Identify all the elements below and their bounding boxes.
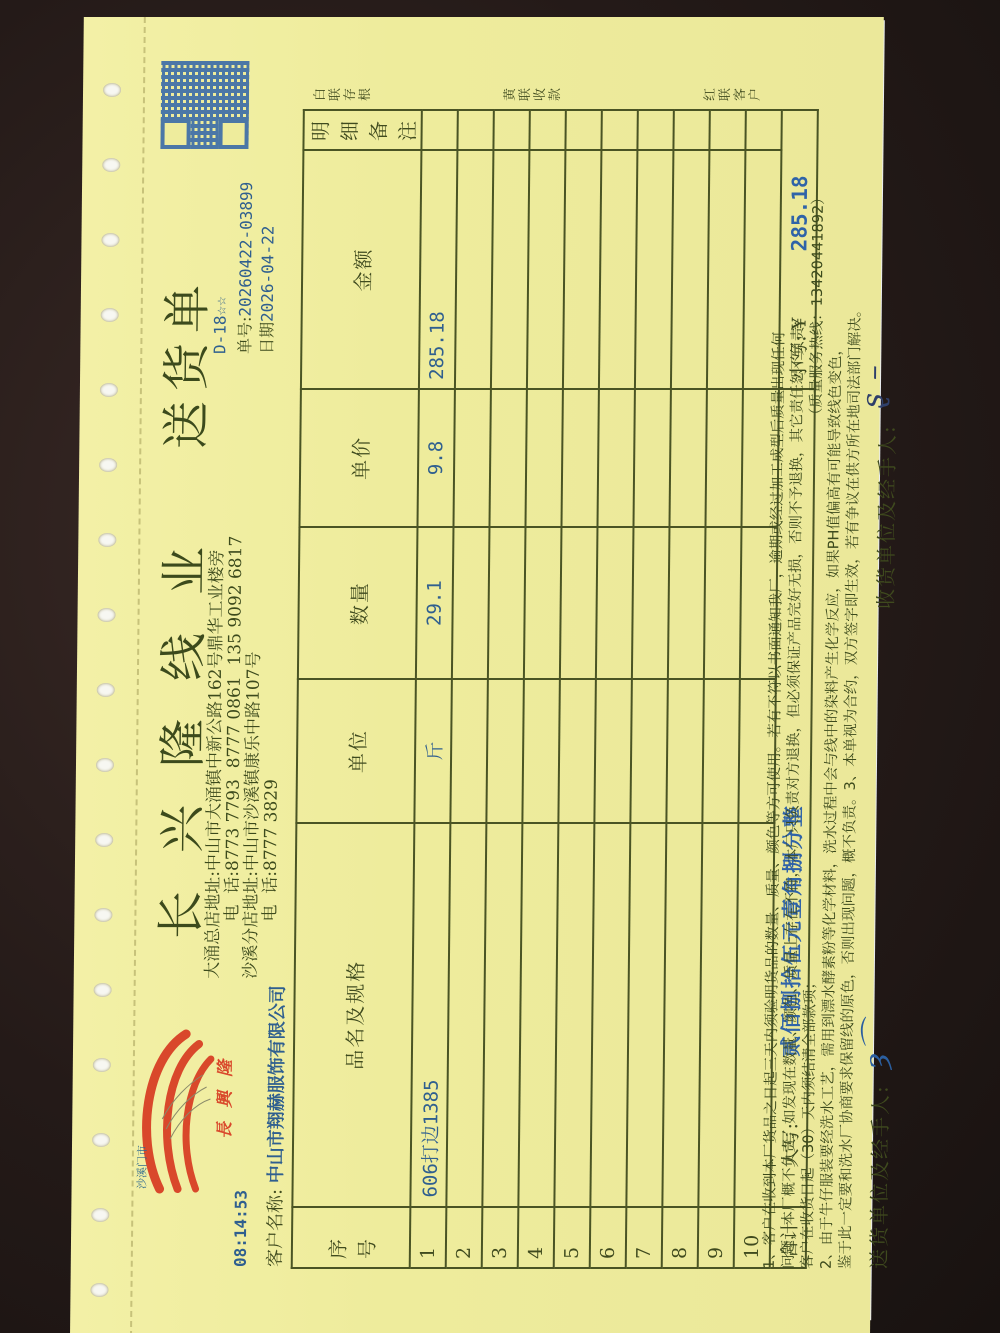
terms-block: 1、客户在收到本厂货品之日起三天内须验明货品的数量、质量、颜色等方可使用。若有不… (761, 49, 869, 1269)
feed-hole (91, 1208, 109, 1222)
items-table: 序号 品名及规格 单位 数量 单价 金额 明细备注 1 606打边1385 斤 … (291, 109, 819, 1269)
cell-qty (524, 527, 562, 679)
cell-amount (563, 150, 602, 389)
cell-amount (455, 150, 494, 389)
cell-amount: 285.18 (419, 150, 458, 389)
cell-qty (452, 527, 490, 679)
cell-note (529, 110, 565, 150)
col-header-note: 明细备注 (303, 110, 421, 150)
cell-name (662, 823, 702, 1206)
cell-qty (488, 527, 526, 679)
cell-name: 606打边1385 (410, 823, 450, 1206)
order-meta: D-18☆☆ 单号:20260422-03899 日期2026-04-22 (210, 182, 278, 354)
sender-signature: ȝ⌒ (851, 1019, 896, 1069)
hq-address-label: 大涌总店地址: (204, 871, 224, 989)
feed-hole (93, 1058, 111, 1072)
form-code: D-18☆☆ (210, 182, 234, 354)
date-line: 日期2026-04-22 (254, 182, 278, 354)
feed-hole (94, 983, 112, 997)
customer-name: 中山市翔赫服饰有限公司 (266, 985, 289, 1183)
feed-hole (101, 233, 119, 247)
cell-note (457, 110, 493, 150)
customer-label: 客户名称: (265, 1189, 287, 1267)
cell-unit (702, 679, 740, 823)
cell-unit (666, 679, 704, 823)
logo-wordmark: 長興隆 (210, 1046, 236, 1139)
cell-unit (558, 679, 596, 823)
cell-name (446, 823, 486, 1206)
cell-amount (707, 150, 746, 389)
cell-no: 2 (446, 1207, 483, 1268)
cell-note (493, 110, 529, 150)
branch-address-label: 沙溪分店地址: (242, 871, 262, 989)
cell-price (705, 389, 742, 527)
cell-name (554, 823, 594, 1206)
cell-no: 4 (518, 1207, 555, 1268)
feed-hole (97, 683, 115, 697)
copy-label-red: 红联客户 (703, 85, 763, 101)
cell-no: 6 (590, 1207, 627, 1268)
cell-price (633, 389, 670, 527)
cell-amount (671, 150, 710, 389)
cell-amount (527, 150, 566, 389)
cell-price (561, 389, 598, 527)
terms-payment: 客户在收货日起（30）天内须结清全部款项； (800, 975, 819, 1269)
cell-name (518, 823, 558, 1206)
col-header-price: 单价 (299, 389, 418, 527)
feed-hole (100, 383, 118, 397)
cell-note (637, 110, 673, 150)
cell-name (626, 823, 666, 1206)
branch-phone-label: 电 话: (261, 871, 281, 989)
cell-no: 3 (482, 1207, 519, 1268)
feed-hole (98, 533, 116, 547)
cell-no: 1 (410, 1207, 447, 1268)
branch-tag: 沙溪门市 (134, 1145, 150, 1189)
order-number-line: 单号:20260422-03899 (232, 182, 256, 354)
feed-hole (97, 608, 115, 622)
cell-price: 9.8 (417, 389, 454, 527)
copy-label-yellow: 黄联收款 (503, 85, 563, 101)
document-title: 送货单 (147, 275, 218, 449)
feed-hole (94, 908, 112, 922)
cell-qty (668, 527, 706, 679)
cell-unit (594, 679, 632, 823)
receiver-signature-label: 收货单位及经手人: (870, 424, 901, 609)
cell-no: 5 (554, 1207, 591, 1268)
order-number: 20260422-03899 (236, 182, 256, 317)
cell-unit (630, 679, 668, 823)
sender-signature-label: 送货单位及经手人: (867, 1084, 893, 1269)
cell-unit: 斤 (414, 679, 452, 823)
cell-amount (599, 150, 638, 389)
cell-note (421, 110, 457, 150)
cell-note (673, 110, 709, 150)
cell-price (669, 389, 706, 527)
cell-unit (450, 679, 488, 823)
cell-amount (491, 150, 530, 389)
cell-no: 7 (626, 1207, 663, 1268)
cell-price (597, 389, 634, 527)
cell-note (709, 110, 745, 150)
cell-qty (596, 527, 634, 679)
cell-unit (522, 679, 560, 823)
feed-hole (102, 158, 120, 172)
col-header-name: 品名及规格 (292, 823, 414, 1206)
feed-hole (99, 458, 117, 472)
order-date: 2026-04-22 (258, 226, 278, 322)
cell-price (525, 389, 562, 527)
cell-name (482, 823, 522, 1206)
delivery-note: 沙溪门市 長興隆 长兴隆线业 送货单 大涌总店地址:中山市大涌镇中新公路162号… (70, 17, 884, 1333)
cell-name (698, 823, 738, 1206)
cell-price (489, 389, 526, 527)
cell-unit (486, 679, 524, 823)
feed-hole (101, 308, 119, 322)
col-header-amount: 金额 (301, 150, 422, 389)
branch-phone: 8777 3829 (261, 779, 282, 871)
feed-hole (90, 1283, 108, 1297)
cell-note (565, 110, 601, 150)
print-time: 08:14:53 (231, 1190, 251, 1267)
feed-hole (96, 758, 114, 772)
order-number-label: 单号: (235, 317, 254, 354)
table-header-row: 序号 品名及规格 单位 数量 单价 金额 明细备注 (292, 110, 422, 1268)
copy-label-white: 白联存根 (313, 85, 373, 101)
cell-no: 8 (662, 1207, 699, 1268)
date-label: 日期 (257, 322, 276, 354)
feed-hole (95, 833, 113, 847)
address-block: 大涌总店地址:中山市大涌镇中新公路162号鼎华工业楼旁电 话:8773 7793… (204, 536, 285, 989)
cell-qty (632, 527, 670, 679)
cell-name (590, 823, 630, 1206)
cell-note (601, 110, 637, 150)
feed-hole (103, 83, 121, 97)
cell-amount (635, 150, 674, 389)
qr-code-icon (160, 61, 249, 149)
branch-phone-line: 电 话:8777 3829 (261, 536, 285, 989)
receiver-signature: ȿ – (856, 363, 891, 409)
cell-no: 9 (698, 1207, 735, 1268)
cell-price (453, 389, 490, 527)
col-header-no: 序号 (292, 1207, 411, 1268)
col-header-qty: 数量 (298, 527, 418, 679)
customer-line: 客户名称: 中山市翔赫服饰有限公司 (261, 985, 290, 1267)
cell-qty (560, 527, 598, 679)
col-header-unit: 单位 (296, 679, 416, 823)
cell-qty (704, 527, 742, 679)
feed-hole (92, 1133, 110, 1147)
cell-qty: 29.1 (416, 527, 454, 679)
signature-row: 送货单位及经手人: 收货单位及经手人: ȝ⌒ ȿ – (863, 49, 905, 1269)
